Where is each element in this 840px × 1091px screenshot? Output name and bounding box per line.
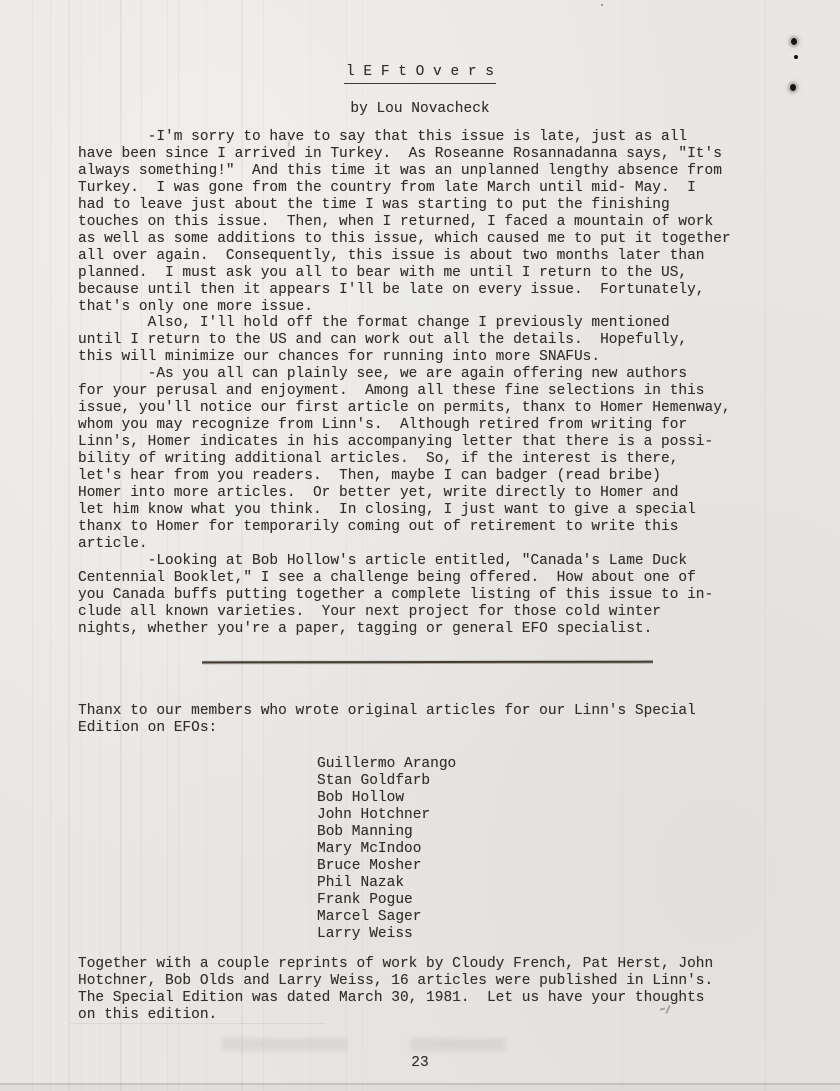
ink-blot: [790, 84, 796, 91]
closing-paragraph: Together with a couple reprints of work …: [78, 956, 713, 1024]
ghost-smudge: [410, 1038, 505, 1051]
section-divider: [202, 661, 653, 664]
ink-speck: [601, 4, 603, 6]
contributor-name: Mary McIndoo: [317, 841, 456, 858]
scan-streak: [32, 0, 33, 1091]
scan-streak: [68, 0, 70, 1091]
contributor-list: Guillermo Arango Stan Goldfarb Bob Hollo…: [317, 756, 456, 942]
article-title: l E F t O v e r s: [344, 64, 496, 84]
contributor-name: Phil Nazak: [317, 875, 456, 892]
contributor-name: Bruce Mosher: [317, 858, 456, 875]
page-number: 23: [0, 1055, 840, 1072]
contributor-name: John Hotchner: [317, 807, 456, 824]
contributor-name: Larry Weiss: [317, 926, 456, 943]
contributor-name: Bob Hollow: [317, 790, 456, 807]
article-body: -I'm sorry to have to say that this issu…: [78, 129, 731, 638]
contributor-name: Marcel Sager: [317, 909, 456, 926]
scanned-newsletter-page: l E F t O v e r s by Lou Novacheck -I'm …: [0, 0, 840, 1091]
article-byline: by Lou Novacheck: [0, 101, 840, 118]
scan-streak: [50, 0, 51, 1091]
page-edge-shadow: [0, 1085, 840, 1091]
contributor-name: Frank Pogue: [317, 892, 456, 909]
contributor-name: Stan Goldfarb: [317, 773, 456, 790]
article-header: l E F t O v e r s: [0, 64, 840, 84]
scan-streak: [764, 0, 766, 1091]
page-edge-line: [0, 1083, 840, 1085]
contributor-name: Guillermo Arango: [317, 756, 456, 773]
contributor-name: Bob Manning: [317, 824, 456, 841]
ink-blot: [794, 55, 798, 59]
thanks-intro: Thanx to our members who wrote original …: [78, 703, 696, 737]
ghost-smudge: [222, 1038, 347, 1051]
ink-blot: [791, 38, 797, 45]
